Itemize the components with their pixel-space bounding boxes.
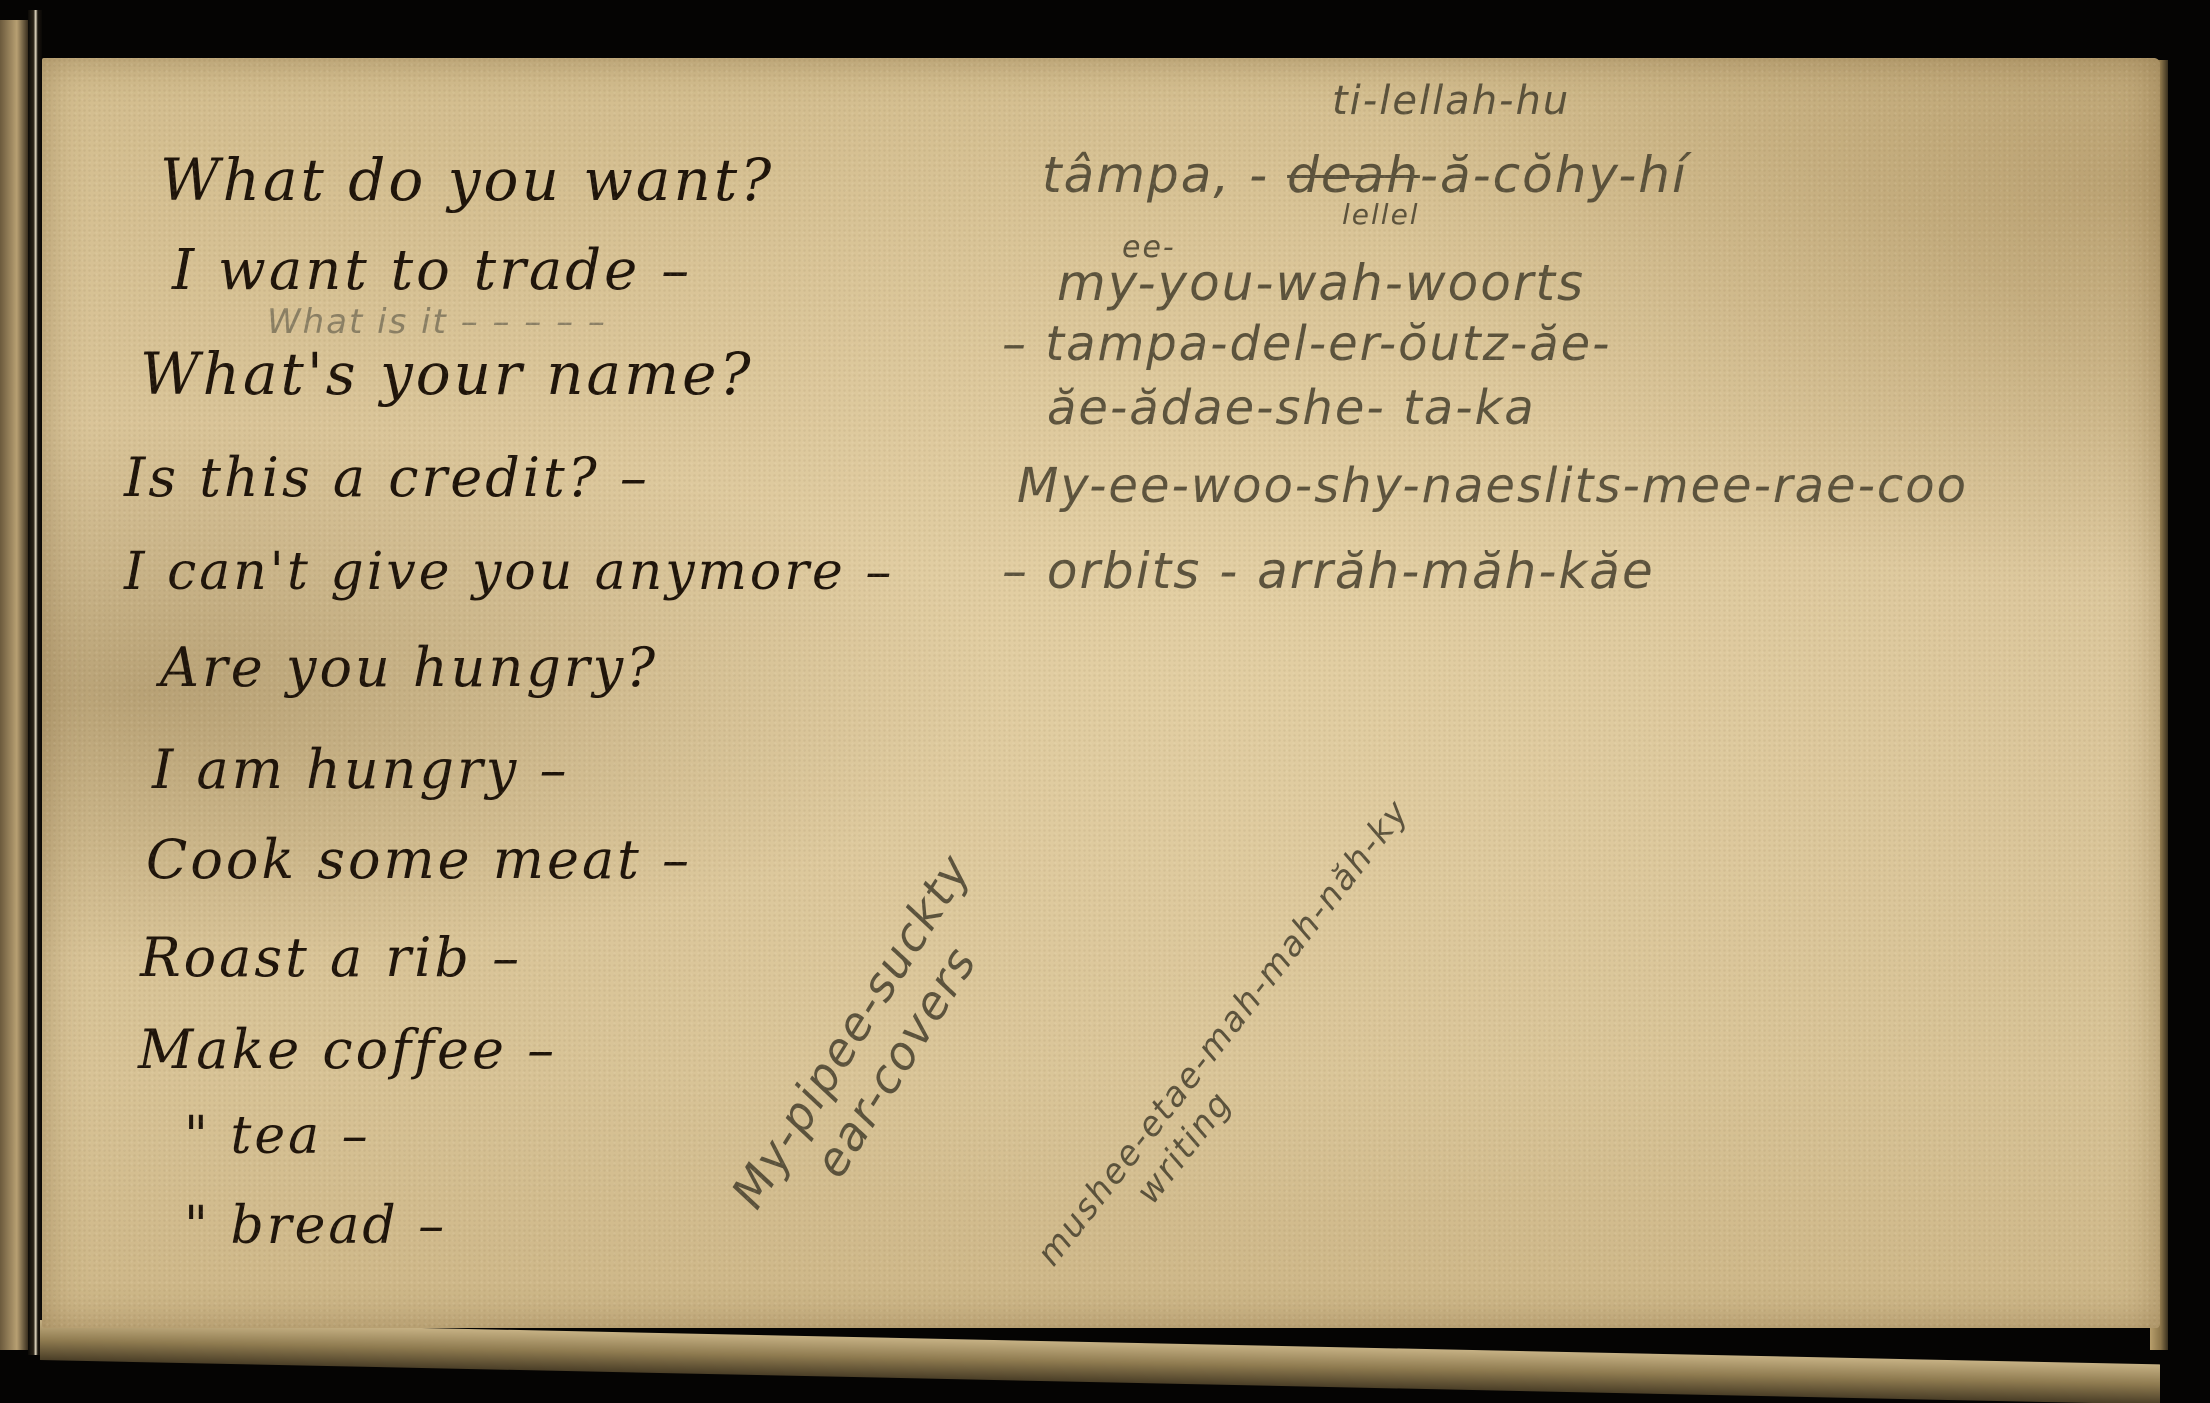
english-phrase: " bread – — [184, 1196, 447, 1256]
marginal-note: My-pipee-suckty ear-covers — [720, 844, 1027, 1246]
marginal-note-line: mushee-etae-mah-mah-năh-ky — [1029, 792, 1418, 1274]
english-phrase: I am hungry – — [152, 738, 569, 801]
english-phrase: Cook some meat – — [146, 828, 692, 891]
page-stack-bottom — [40, 1320, 2160, 1403]
english-phrase: " tea – — [184, 1106, 371, 1166]
english-phrase: Is this a credit? – — [124, 446, 650, 509]
translation-correction: lellel — [1342, 198, 1420, 231]
english-phrase: What do you want? — [160, 146, 774, 214]
translation: – orbits - arrăh-măh-kăe — [1002, 542, 1655, 600]
translation-annotation: ti-lellah-hu — [1332, 78, 1570, 124]
translation: my-you-wah-woorts — [1057, 254, 1585, 312]
notebook-page: What do you want? I want to trade – What… — [42, 58, 2160, 1328]
translation-part: tâmpa, - — [1042, 146, 1269, 204]
marginal-note-line: writing — [1060, 816, 1449, 1298]
interlinear-pencil-note: What is it – – – – – — [267, 302, 607, 342]
english-phrase: Are you hungry? — [160, 636, 658, 699]
previous-page-edge — [0, 20, 28, 1350]
struck-word: deah — [1287, 146, 1420, 204]
translation: My-ee-woo-shy-naeslits-mee-rae-coo — [1017, 458, 1968, 514]
marginal-note: mushee-etae-mah-mah-năh-ky writing — [1029, 792, 1449, 1298]
translation-part: -ă-cŏhy-hí — [1420, 146, 1688, 204]
translation: ăe-ădae-she- ta-ka — [1047, 380, 1536, 436]
english-phrase: I want to trade – — [172, 238, 692, 303]
english-phrase: What's your name? — [140, 340, 754, 408]
english-phrase: Roast a rib – — [140, 926, 522, 989]
translation: tâmpa, - deah-ă-cŏhy-hí — [1042, 146, 1688, 204]
translation: – tampa-del-er-ŏutz-ăe- — [1002, 316, 1611, 372]
english-phrase: I can't give you anymore – — [124, 542, 894, 602]
book-binding — [28, 10, 42, 1355]
english-phrase: Make coffee – — [138, 1018, 557, 1081]
